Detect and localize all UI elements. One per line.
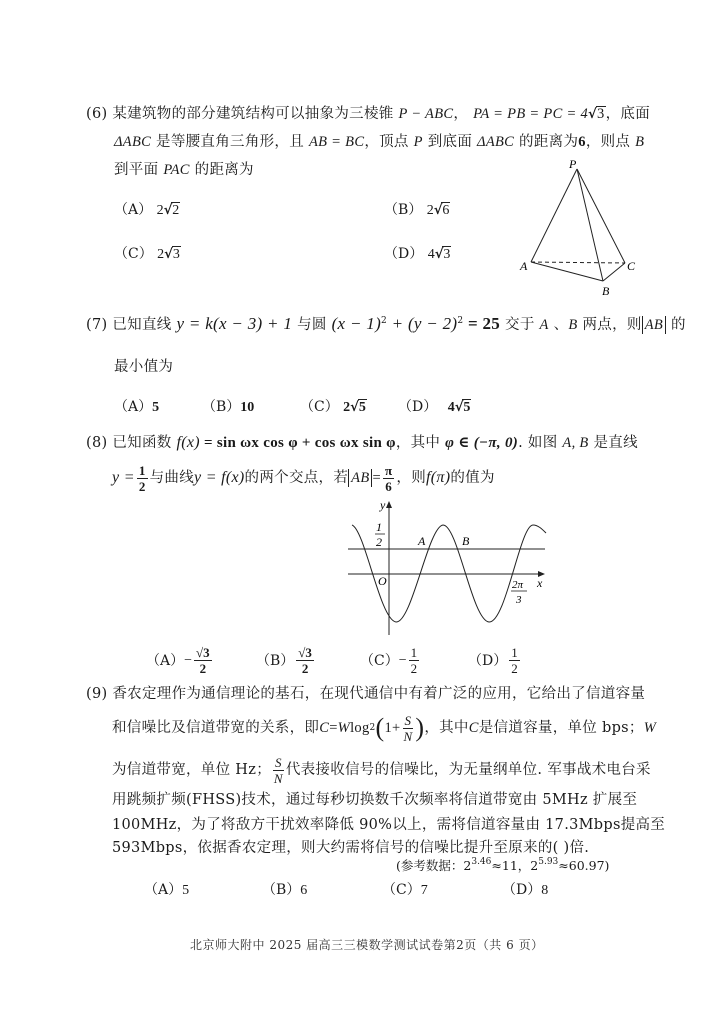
q9-line-2: 和信噪比及信道带宽的关系，即 C=Wlog2(1+SN)，其中 C 是信道容量，…	[112, 708, 656, 748]
sine-graph: y x O 1 2 A B 2π 3	[340, 495, 560, 640]
page-footer: 北京师大附中 2025 届高三三模数学测试试卷第2页（共 6 页）	[190, 936, 544, 953]
label-c: C	[627, 259, 636, 273]
graph-tick-half-den: 2	[376, 535, 382, 549]
q9-line-4: 用跳频扩频(FHSS)技术，通过每秒切换数千次频率将信道带宽由 5MHz 扩展至	[112, 790, 637, 810]
q6-option-a[interactable]: （A） 2√2	[114, 200, 180, 221]
q9-option-a[interactable]: （A）5	[144, 880, 189, 901]
graph-origin-label: O	[378, 574, 387, 588]
q7-line-2: 最小值为	[114, 357, 173, 377]
fraction-s-n: SN	[403, 714, 414, 743]
q9-option-c[interactable]: （C）7	[382, 880, 428, 901]
graph-point-b: B	[462, 534, 470, 548]
graph-tick-2pi3-den: 3	[515, 594, 522, 606]
q8-option-d[interactable]: （D） 12	[468, 646, 522, 675]
q7-number: (7)	[86, 317, 107, 333]
q8-line-1: (8) 已知函数 f(x) = sin ωx cos φ + cos ωx si…	[86, 433, 638, 453]
graph-tick-half-num: 1	[376, 520, 382, 534]
label-b: B	[602, 284, 610, 298]
q9-option-d[interactable]: （D）8	[502, 880, 548, 901]
q7-option-c[interactable]: （C） 2√5	[300, 397, 367, 418]
graph-x-label: x	[536, 576, 543, 590]
label-p: P	[568, 157, 577, 171]
q8-option-c[interactable]: （C）− 12	[360, 646, 421, 675]
label-a: A	[519, 259, 528, 273]
q7-option-a[interactable]: （A）5	[114, 397, 159, 418]
q9-number: (9)	[86, 686, 107, 702]
q6-number: (6)	[86, 106, 107, 122]
q9-option-b[interactable]: （B）6	[262, 880, 307, 901]
q9-line-6: 593Mbps，依据香农定理，则大约需将信号的信噪比提升至原来的( )倍.	[112, 838, 589, 858]
q7-option-b[interactable]: （B）10	[202, 397, 254, 418]
q9-line-1: (9) 香农定理作为通信理论的基石，在现代通信中有着广泛的应用，它给出了信道容量	[86, 684, 645, 704]
q8-option-b[interactable]: （B） √32	[256, 646, 316, 675]
pyramid-figure: P A B C	[510, 150, 650, 300]
q9-line-3: 为信道带宽，单位 Hz；SN代表接收信号的信噪比，为无量纲单位. 军事战术电台采	[112, 750, 651, 790]
graph-tick-2pi3-num: 2π	[512, 579, 524, 591]
fraction-s-n-2: SN	[273, 756, 284, 785]
q7-option-d[interactable]: （D） 4√5	[398, 397, 471, 418]
q8-option-a[interactable]: （A）− √32	[146, 646, 214, 675]
q6-line-2: ΔABC 是等腰直角三角形，且 AB = BC，顶点 P 到底面 ΔABC 的距…	[114, 132, 644, 152]
q9-line-5: 100MHz，为了将敌方干扰效率降低 90%以上，需将信道容量由 17.3Mbp…	[112, 815, 665, 835]
q6-line-3: 到平面 PAC 的距离为	[114, 160, 254, 180]
q6-option-b[interactable]: （B） 2√6	[384, 200, 450, 221]
q6-line-1: (6) 某建筑物的部分建筑结构可以抽象为三棱锥 P − ABC， PA = PB…	[86, 104, 650, 125]
fraction-pi-six: π6	[383, 464, 394, 493]
q8-number: (8)	[86, 435, 107, 451]
graph-point-a: A	[417, 534, 426, 548]
q7-line-1: (7) 已知直线 y = k(x − 3) + 1 与圆 (x − 1)2 + …	[86, 314, 686, 335]
fraction-one-half: 12	[137, 464, 148, 493]
q6-option-c[interactable]: （C） 2√3	[114, 244, 181, 265]
q9-reference-data: (参考数据：23.46≈11，25.93≈60.97)	[396, 856, 609, 876]
graph-y-label: y	[379, 498, 386, 512]
q8-line-2: y = 12 与曲线 y = f(x) 的两个交点，若AB = π6 ，则 f(…	[112, 460, 495, 496]
q6-option-d[interactable]: （D） 4√3	[384, 244, 451, 265]
